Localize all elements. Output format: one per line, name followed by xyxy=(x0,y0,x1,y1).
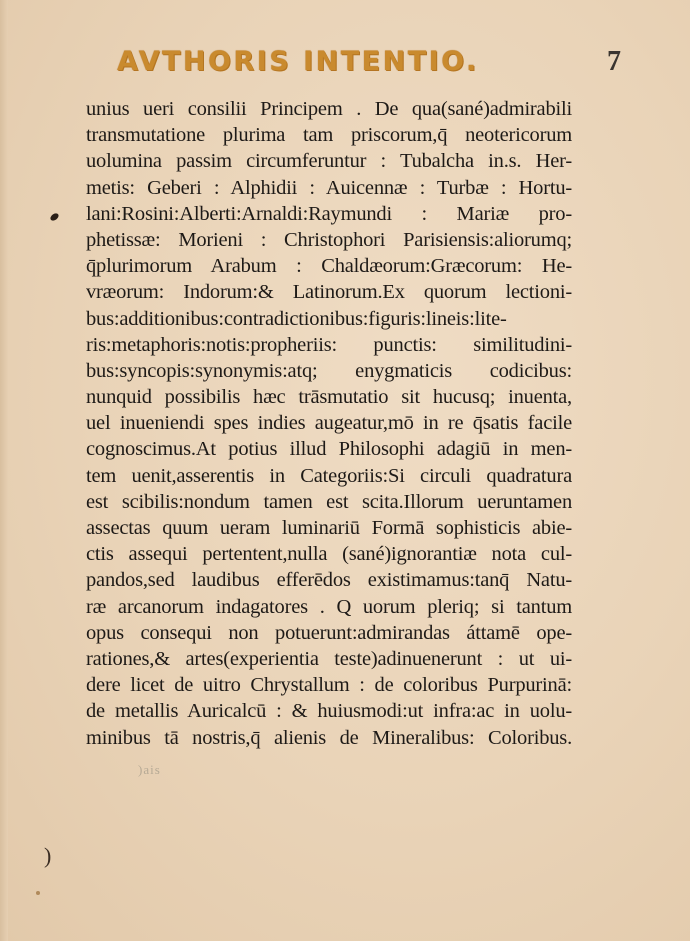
text-line: transmutatione plurima tam priscorum,q̄ … xyxy=(86,122,572,148)
text-line: uolumina passim circumferuntur : Tubalch… xyxy=(86,148,572,174)
text-line: dere licet de uitro Chrystallum : de col… xyxy=(86,672,572,698)
text-line: metis: Geberi : Alphidii : Auicennæ : Tu… xyxy=(86,175,572,201)
page-edge xyxy=(0,0,8,941)
paper-stain xyxy=(36,891,40,895)
margin-parenthesis-mark: ) xyxy=(44,843,51,869)
text-line: uel inueniendi spes indies augeatur,mō i… xyxy=(86,410,572,436)
show-through-text: )ais xyxy=(138,762,161,778)
text-line: bus:syncopis:synonymis:atq; enygmaticis … xyxy=(86,358,572,384)
text-line: pandos,sed laudibus efferēdos existimamu… xyxy=(86,567,572,593)
text-line: phetissæ: Morieni : Christophori Parisie… xyxy=(86,227,572,253)
text-line: minibus tā nostris,q̄ alienis de Mineral… xyxy=(86,725,572,751)
text-line: nunquid possibilis hæc trāsmutatio sit h… xyxy=(86,384,572,410)
text-line: lani:Rosini:Alberti:Arnaldi:Raymundi : M… xyxy=(86,201,572,227)
text-line: ctis assequi pertentent,nulla (sané)igno… xyxy=(86,541,572,567)
text-line: rationes,& artes(experientia teste)adinu… xyxy=(86,646,572,672)
page-number: 7 xyxy=(607,46,621,78)
text-line: ræ arcanorum indagatores . Q uorum pleri… xyxy=(86,594,572,620)
text-line: opus consequi non potuerunt:admirandas á… xyxy=(86,620,572,646)
text-line: bus:additionibus:contradictionibus:figur… xyxy=(86,306,572,332)
text-line: assectas quum ueram luminariū Formā soph… xyxy=(86,515,572,541)
text-line: vræorum: Indorum:& Latinorum.Ex quorum l… xyxy=(86,279,572,305)
text-line: q̄plurimorum Arabum : Chaldæorum:Græcoru… xyxy=(86,253,572,279)
running-head: AVTHORIS INTENTIO. xyxy=(117,46,479,77)
text-line: unius ueri consilii Principem . De qua(s… xyxy=(86,96,572,122)
text-line: de metallis Auricalcū : & huiusmodi:ut i… xyxy=(86,698,572,724)
body-text: unius ueri consilii Principem . De qua(s… xyxy=(86,96,572,751)
text-line: tem uenit,asserentis in Categoriis:Si ci… xyxy=(86,463,572,489)
text-line: ris:metaphoris:notis:propheriis: punctis… xyxy=(86,332,572,358)
ink-blot-mark xyxy=(49,212,60,222)
book-page: AVTHORIS INTENTIO. 7 unius ueri consilii… xyxy=(0,0,690,941)
text-line: est scibilis:nondum tamen est scita.Illo… xyxy=(86,489,572,515)
text-line: cognoscimus.At potius illud Philosophi a… xyxy=(86,436,572,462)
